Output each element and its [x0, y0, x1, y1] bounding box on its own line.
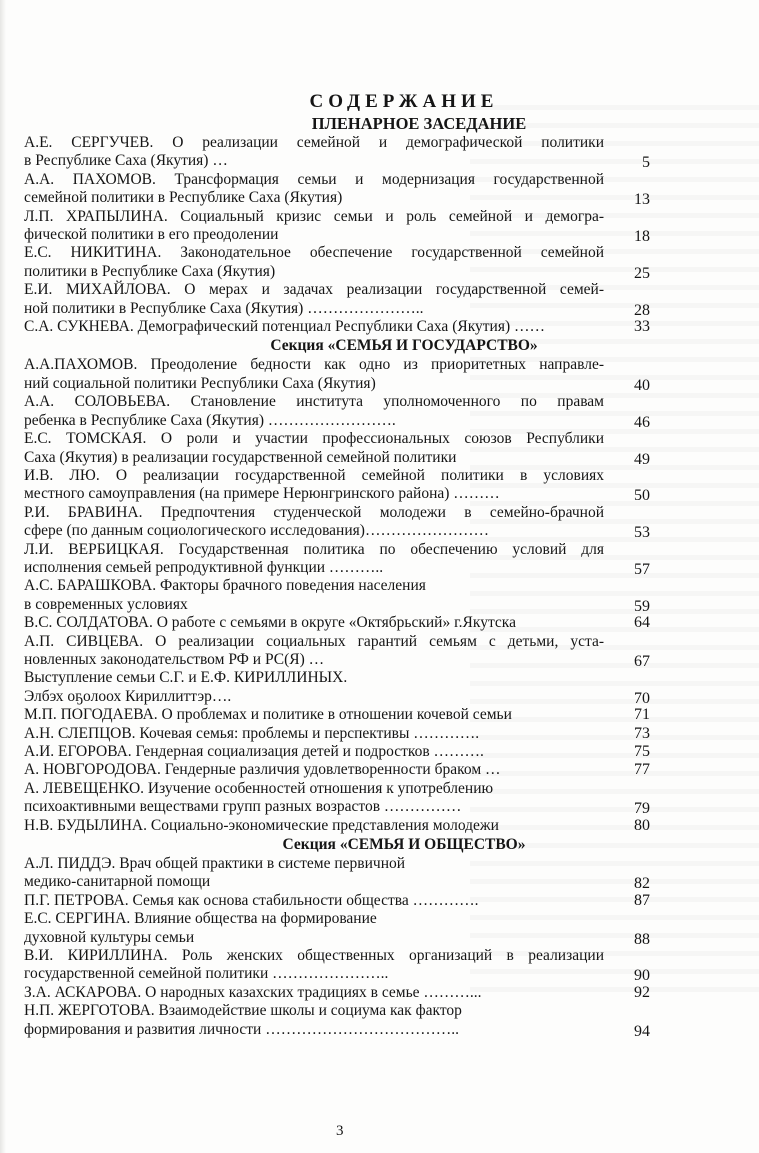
table-of-contents: СОДЕРЖАНИЕ ПЛЕНАРНОЕ ЗАСЕДАНИЕА.Е. СЕРГУ… [24, 90, 684, 1039]
toc-entry: Е.С. ТОМСКАЯ. О роли и участии профессио… [24, 430, 684, 467]
toc-entry-text: Е.С. НИКИТИНА. Законодательное обеспечен… [24, 244, 604, 262]
toc-entry: А. НОВГОРОДОВА. Гендерные различия удовл… [24, 761, 684, 779]
toc-entry: А.А. ПАХОМОВ. Трансформация семьи и моде… [24, 171, 684, 208]
toc-entry-text: А.А. СОЛОВЬЕВА. Становление института уп… [24, 393, 604, 411]
toc-entry: А.Н. СЛЕПЦОВ. Кочевая семья: проблемы и … [24, 725, 684, 743]
toc-entry-text: духовной культуры семьи [24, 929, 604, 947]
toc-entry-text: в современных условиях [24, 596, 604, 614]
toc-entry-text: ний социальной политики Республики Саха … [24, 375, 604, 393]
toc-page-number: 33 [634, 318, 650, 336]
toc-entry: Е.С. СЕРГИНА. Влияние общества на формир… [24, 910, 684, 947]
toc-entry-text: В.И. КИРИЛЛИНА. Роль женских общественны… [24, 947, 604, 965]
toc-entry-text: А.Е. СЕРГУЧЕВ. О реализации семейной и д… [24, 134, 604, 152]
page-title: СОДЕРЖАНИЕ [124, 90, 684, 114]
toc-entry-text: Саха (Якутия) в реализации государственн… [24, 449, 604, 467]
toc-entry-text: новленных законодательством РФ и РС(Я) … [24, 651, 604, 669]
toc-entry: А.А.ПАХОМОВ. Преодоление бедности как од… [24, 356, 684, 393]
toc-entry: П.Г. ПЕТРОВА. Семья как основа стабильно… [24, 892, 684, 910]
toc-entry: В.И. КИРИЛЛИНА. Роль женских общественны… [24, 947, 684, 984]
toc-sections: ПЛЕНАРНОЕ ЗАСЕДАНИЕА.Е. СЕРГУЧЕВ. О реал… [24, 114, 684, 1039]
toc-entry-text: государственной семейной политики ………………… [24, 965, 604, 983]
section-heading: ПЛЕНАРНОЕ ЗАСЕДАНИЕ [154, 114, 684, 134]
toc-page-number: 87 [634, 892, 650, 910]
toc-entry-text: А.А.ПАХОМОВ. Преодоление бедности как од… [24, 356, 604, 374]
toc-entry: Е.И. МИХАЙЛОВА. О мерах и задачах реализ… [24, 281, 684, 318]
toc-entry-text: А.Н. СЛЕПЦОВ. Кочевая семья: проблемы и … [24, 725, 604, 743]
toc-entry: Е.С. НИКИТИНА. Законодательное обеспечен… [24, 244, 684, 281]
toc-entry-text: М.П. ПОГОДАЕВА. О проблемах и политике в… [24, 706, 604, 724]
toc-entry: А.Е. СЕРГУЧЕВ. О реализации семейной и д… [24, 134, 684, 171]
toc-entry-text: А.А. ПАХОМОВ. Трансформация семьи и моде… [24, 171, 604, 189]
toc-entry: А.С. БАРАШКОВА. Факторы брачного поведен… [24, 577, 684, 614]
toc-entry-text: сфере (по данным социологического исслед… [24, 522, 604, 540]
toc-entry-text: А.П. СИВЦЕВА. О реализации социальных га… [24, 633, 604, 651]
toc-page-number: 73 [634, 725, 650, 743]
toc-entry-text: П.Г. ПЕТРОВА. Семья как основа стабильно… [24, 892, 604, 910]
toc-entry: Н.В. БУДЫЛИНА. Социально-экономические п… [24, 817, 684, 835]
toc-entry-text: фической политики в его преодолении [24, 226, 604, 244]
toc-entry: А.А. СОЛОВЬЕВА. Становление института уп… [24, 393, 684, 430]
toc-entry-text: медико-санитарной помощи [24, 873, 604, 891]
toc-entry: В.С. СОЛДАТОВА. О работе с семьями в окр… [24, 614, 684, 632]
toc-entry-text: А. ЛЕВЕЩЕНКО. Изучение особенностей отно… [24, 780, 604, 798]
toc-entry-text: Элбэх оҕолоох Кириллиттэр…. [24, 688, 604, 706]
toc-entry-text: А.Л. ПИДДЭ. Врач общей практики в систем… [24, 855, 604, 873]
toc-entry-text: С.А. СУКНЕВА. Демографический потенциал … [24, 318, 604, 336]
toc-entry: А.П. СИВЦЕВА. О реализации социальных га… [24, 633, 684, 670]
toc-page-number: 92 [634, 984, 650, 1002]
toc-entry-text: Н.В. БУДЫЛИНА. Социально-экономические п… [24, 817, 604, 835]
toc-entry-text: З.А. АСКАРОВА. О народных казахских трад… [24, 984, 604, 1002]
toc-page-number: 75 [634, 743, 650, 761]
toc-entry: С.А. СУКНЕВА. Демографический потенциал … [24, 318, 684, 336]
toc-entry: З.А. АСКАРОВА. О народных казахских трад… [24, 984, 684, 1002]
toc-entry-text: психоактивными веществами групп разных в… [24, 798, 604, 816]
toc-entry-text: семейной политики в Республике Саха (Яку… [24, 189, 604, 207]
toc-entry-text: формирования и развития личности …………………… [24, 1021, 604, 1039]
toc-entry: Н.П. ЖЕРГОТОВА. Взаимодействие школы и с… [24, 1002, 684, 1039]
toc-entry-text: В.С. СОЛДАТОВА. О работе с семьями в окр… [24, 614, 604, 632]
section-heading: Секция «СЕМЬЯ И ГОСУДАРСТВО» [124, 336, 684, 356]
toc-entry-text: в Республике Саха (Якутия) … [24, 152, 604, 170]
toc-entry-text: Выступление семьи С.Г. и Е.Ф. КИРИЛЛИНЫХ… [24, 669, 604, 687]
page-edge-shadow [0, 0, 6, 1153]
toc-entry: А.Л. ПИДДЭ. Врач общей практики в систем… [24, 855, 684, 892]
toc-page-number: 71 [634, 706, 650, 724]
toc-entry-text: А.С. БАРАШКОВА. Факторы брачного поведен… [24, 577, 604, 595]
toc-page-number: 80 [634, 817, 650, 835]
toc-entry: И.В. ЛЮ. О реализации государственной се… [24, 467, 684, 504]
toc-entry-text: ной политики в Республике Саха (Якутия) … [24, 300, 604, 318]
toc-entry: Выступление семьи С.Г. и Е.Ф. КИРИЛЛИНЫХ… [24, 669, 684, 706]
toc-entry-text: А. НОВГОРОДОВА. Гендерные различия удовл… [24, 761, 604, 779]
toc-entry: Р.И. БРАВИНА. Предпочтения студенческой … [24, 504, 684, 541]
toc-entry-text: Н.П. ЖЕРГОТОВА. Взаимодействие школы и с… [24, 1002, 604, 1020]
toc-entry-text: Р.И. БРАВИНА. Предпочтения студенческой … [24, 504, 604, 522]
toc-entry-text: Е.С. СЕРГИНА. Влияние общества на формир… [24, 910, 604, 928]
toc-entry: А. ЛЕВЕЩЕНКО. Изучение особенностей отно… [24, 780, 684, 817]
toc-entry: Л.П. ХРАПЫЛИНА. Социальный кризис семьи … [24, 208, 684, 245]
toc-entry-text: И.В. ЛЮ. О реализации государственной се… [24, 467, 604, 485]
toc-entry: М.П. ПОГОДАЕВА. О проблемах и политике в… [24, 706, 684, 724]
toc-entry-text: А.И. ЕГОРОВА. Гендерная социализация дет… [24, 743, 604, 761]
toc-entry-text: Л.И. ВЕРБИЦКАЯ. Государственная политика… [24, 541, 604, 559]
toc-page-number: 64 [634, 614, 650, 632]
toc-page-number: 77 [634, 761, 650, 779]
toc-entry-text: политики в Республике Саха (Якутия) [24, 263, 604, 281]
toc-entry-text: Л.П. ХРАПЫЛИНА. Социальный кризис семьи … [24, 208, 604, 226]
page-number: 3 [0, 1123, 759, 1140]
toc-entry: Л.И. ВЕРБИЦКАЯ. Государственная политика… [24, 541, 684, 578]
toc-entry-text: исполнения семьей репродуктивной функции… [24, 559, 604, 577]
toc-entry-text: ребенка в Республике Саха (Якутия) ……………… [24, 412, 604, 430]
toc-page-number: 94 [634, 1023, 650, 1041]
section-heading: Секция «СЕМЬЯ И ОБЩЕСТВО» [124, 835, 684, 855]
toc-entry-text: Е.И. МИХАЙЛОВА. О мерах и задачах реализ… [24, 281, 604, 299]
toc-entry-text: местного самоуправления (на примере Нерю… [24, 485, 604, 503]
toc-entry-text: Е.С. ТОМСКАЯ. О роли и участии профессио… [24, 430, 604, 448]
toc-entry: А.И. ЕГОРОВА. Гендерная социализация дет… [24, 743, 684, 761]
